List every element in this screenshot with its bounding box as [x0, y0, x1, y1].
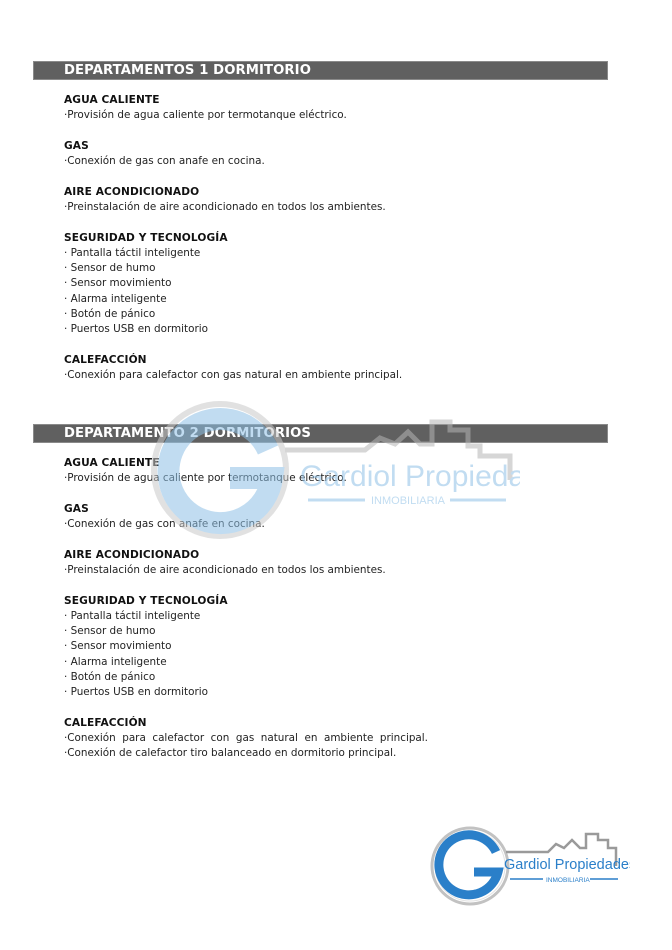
feature-list-item: · Pantalla táctil inteligente [64, 246, 428, 261]
logo-tagline: INMOBILIARIA [546, 877, 590, 884]
feature-list-item: · Botón de pánico [64, 307, 428, 322]
feature-block-agua-caliente: AGUA CALIENTE ·Provisión de agua calient… [64, 456, 428, 486]
feature-list-item: · Pantalla táctil inteligente [64, 609, 428, 624]
feature-block-aire-acondicionado: AIRE ACONDICIONADO ·Preinstalación de ai… [64, 548, 428, 578]
section-title: DEPARTAMENTO 2 DORMITORIOS [64, 426, 311, 442]
feature-block-agua-caliente: AGUA CALIENTE ·Provisión de agua calient… [64, 93, 428, 123]
feature-list-item: · Puertos USB en dormitorio [64, 685, 428, 700]
feature-list-item: · Sensor movimiento [64, 639, 428, 654]
feature-line: ·Conexión de gas con anafe en cocina. [64, 517, 428, 532]
feature-line: ·Preinstalación de aire acondicionado en… [64, 563, 428, 578]
feature-block-seguridad-tecnologia: SEGURIDAD Y TECNOLOGÍA · Pantalla táctil… [64, 231, 428, 337]
feature-line: ·Provisión de agua caliente por termotan… [64, 108, 428, 123]
feature-heading: AIRE ACONDICIONADO [64, 185, 428, 200]
feature-list-item: · Alarma inteligente [64, 655, 428, 670]
section-content-1-dormitorio: AGUA CALIENTE ·Provisión de agua calient… [64, 93, 428, 399]
feature-list-item: · Alarma inteligente [64, 292, 428, 307]
feature-line: ·Conexión de gas con anafe en cocina. [64, 154, 428, 169]
feature-block-seguridad-tecnologia: SEGURIDAD Y TECNOLOGÍA · Pantalla táctil… [64, 594, 428, 700]
feature-block-calefaccion: CALEFACCIÓN ·Conexión para calefactor co… [64, 353, 428, 383]
feature-line: ·Preinstalación de aire acondicionado en… [64, 200, 428, 215]
brand-logo-icon: Gardiol Propiedades INMOBILIARIA [430, 822, 630, 910]
feature-list-item: · Sensor de humo [64, 624, 428, 639]
feature-heading: AGUA CALIENTE [64, 93, 428, 108]
section-title: DEPARTAMENTOS 1 DORMITORIO [64, 63, 311, 79]
section-header-2-dormitorios: DEPARTAMENTO 2 DORMITORIOS [33, 424, 608, 443]
feature-heading: CALEFACCIÓN [64, 353, 428, 368]
feature-list-item: · Puertos USB en dormitorio [64, 322, 428, 337]
feature-block-gas: GAS ·Conexión de gas con anafe en cocina… [64, 139, 428, 169]
feature-heading: CALEFACCIÓN [64, 716, 428, 731]
feature-heading: GAS [64, 139, 428, 154]
feature-block-calefaccion: CALEFACCIÓN ·Conexión para calefactor co… [64, 716, 428, 762]
section-header-1-dormitorio: DEPARTAMENTOS 1 DORMITORIO [33, 61, 608, 80]
feature-heading: AIRE ACONDICIONADO [64, 548, 428, 563]
feature-heading: AGUA CALIENTE [64, 456, 428, 471]
feature-heading: SEGURIDAD Y TECNOLOGÍA [64, 231, 428, 246]
feature-line: ·Provisión de agua caliente por termotan… [64, 471, 428, 486]
feature-line: ·Conexión para calefactor con gas natura… [64, 368, 428, 383]
feature-paragraph: ·Conexión para calefactor con gas natura… [64, 731, 428, 762]
feature-list-item: · Sensor movimiento [64, 276, 428, 291]
feature-block-aire-acondicionado: AIRE ACONDICIONADO ·Preinstalación de ai… [64, 185, 428, 215]
logo-brand-name: Gardiol Propiedades [504, 857, 630, 873]
feature-heading: SEGURIDAD Y TECNOLOGÍA [64, 594, 428, 609]
feature-block-gas: GAS ·Conexión de gas con anafe en cocina… [64, 502, 428, 532]
section-content-2-dormitorios: AGUA CALIENTE ·Provisión de agua calient… [64, 456, 428, 777]
feature-list-item: · Botón de pánico [64, 670, 428, 685]
feature-heading: GAS [64, 502, 428, 517]
document-page: DEPARTAMENTOS 1 DORMITORIO AGUA CALIENTE… [0, 0, 672, 950]
feature-list-item: · Sensor de humo [64, 261, 428, 276]
